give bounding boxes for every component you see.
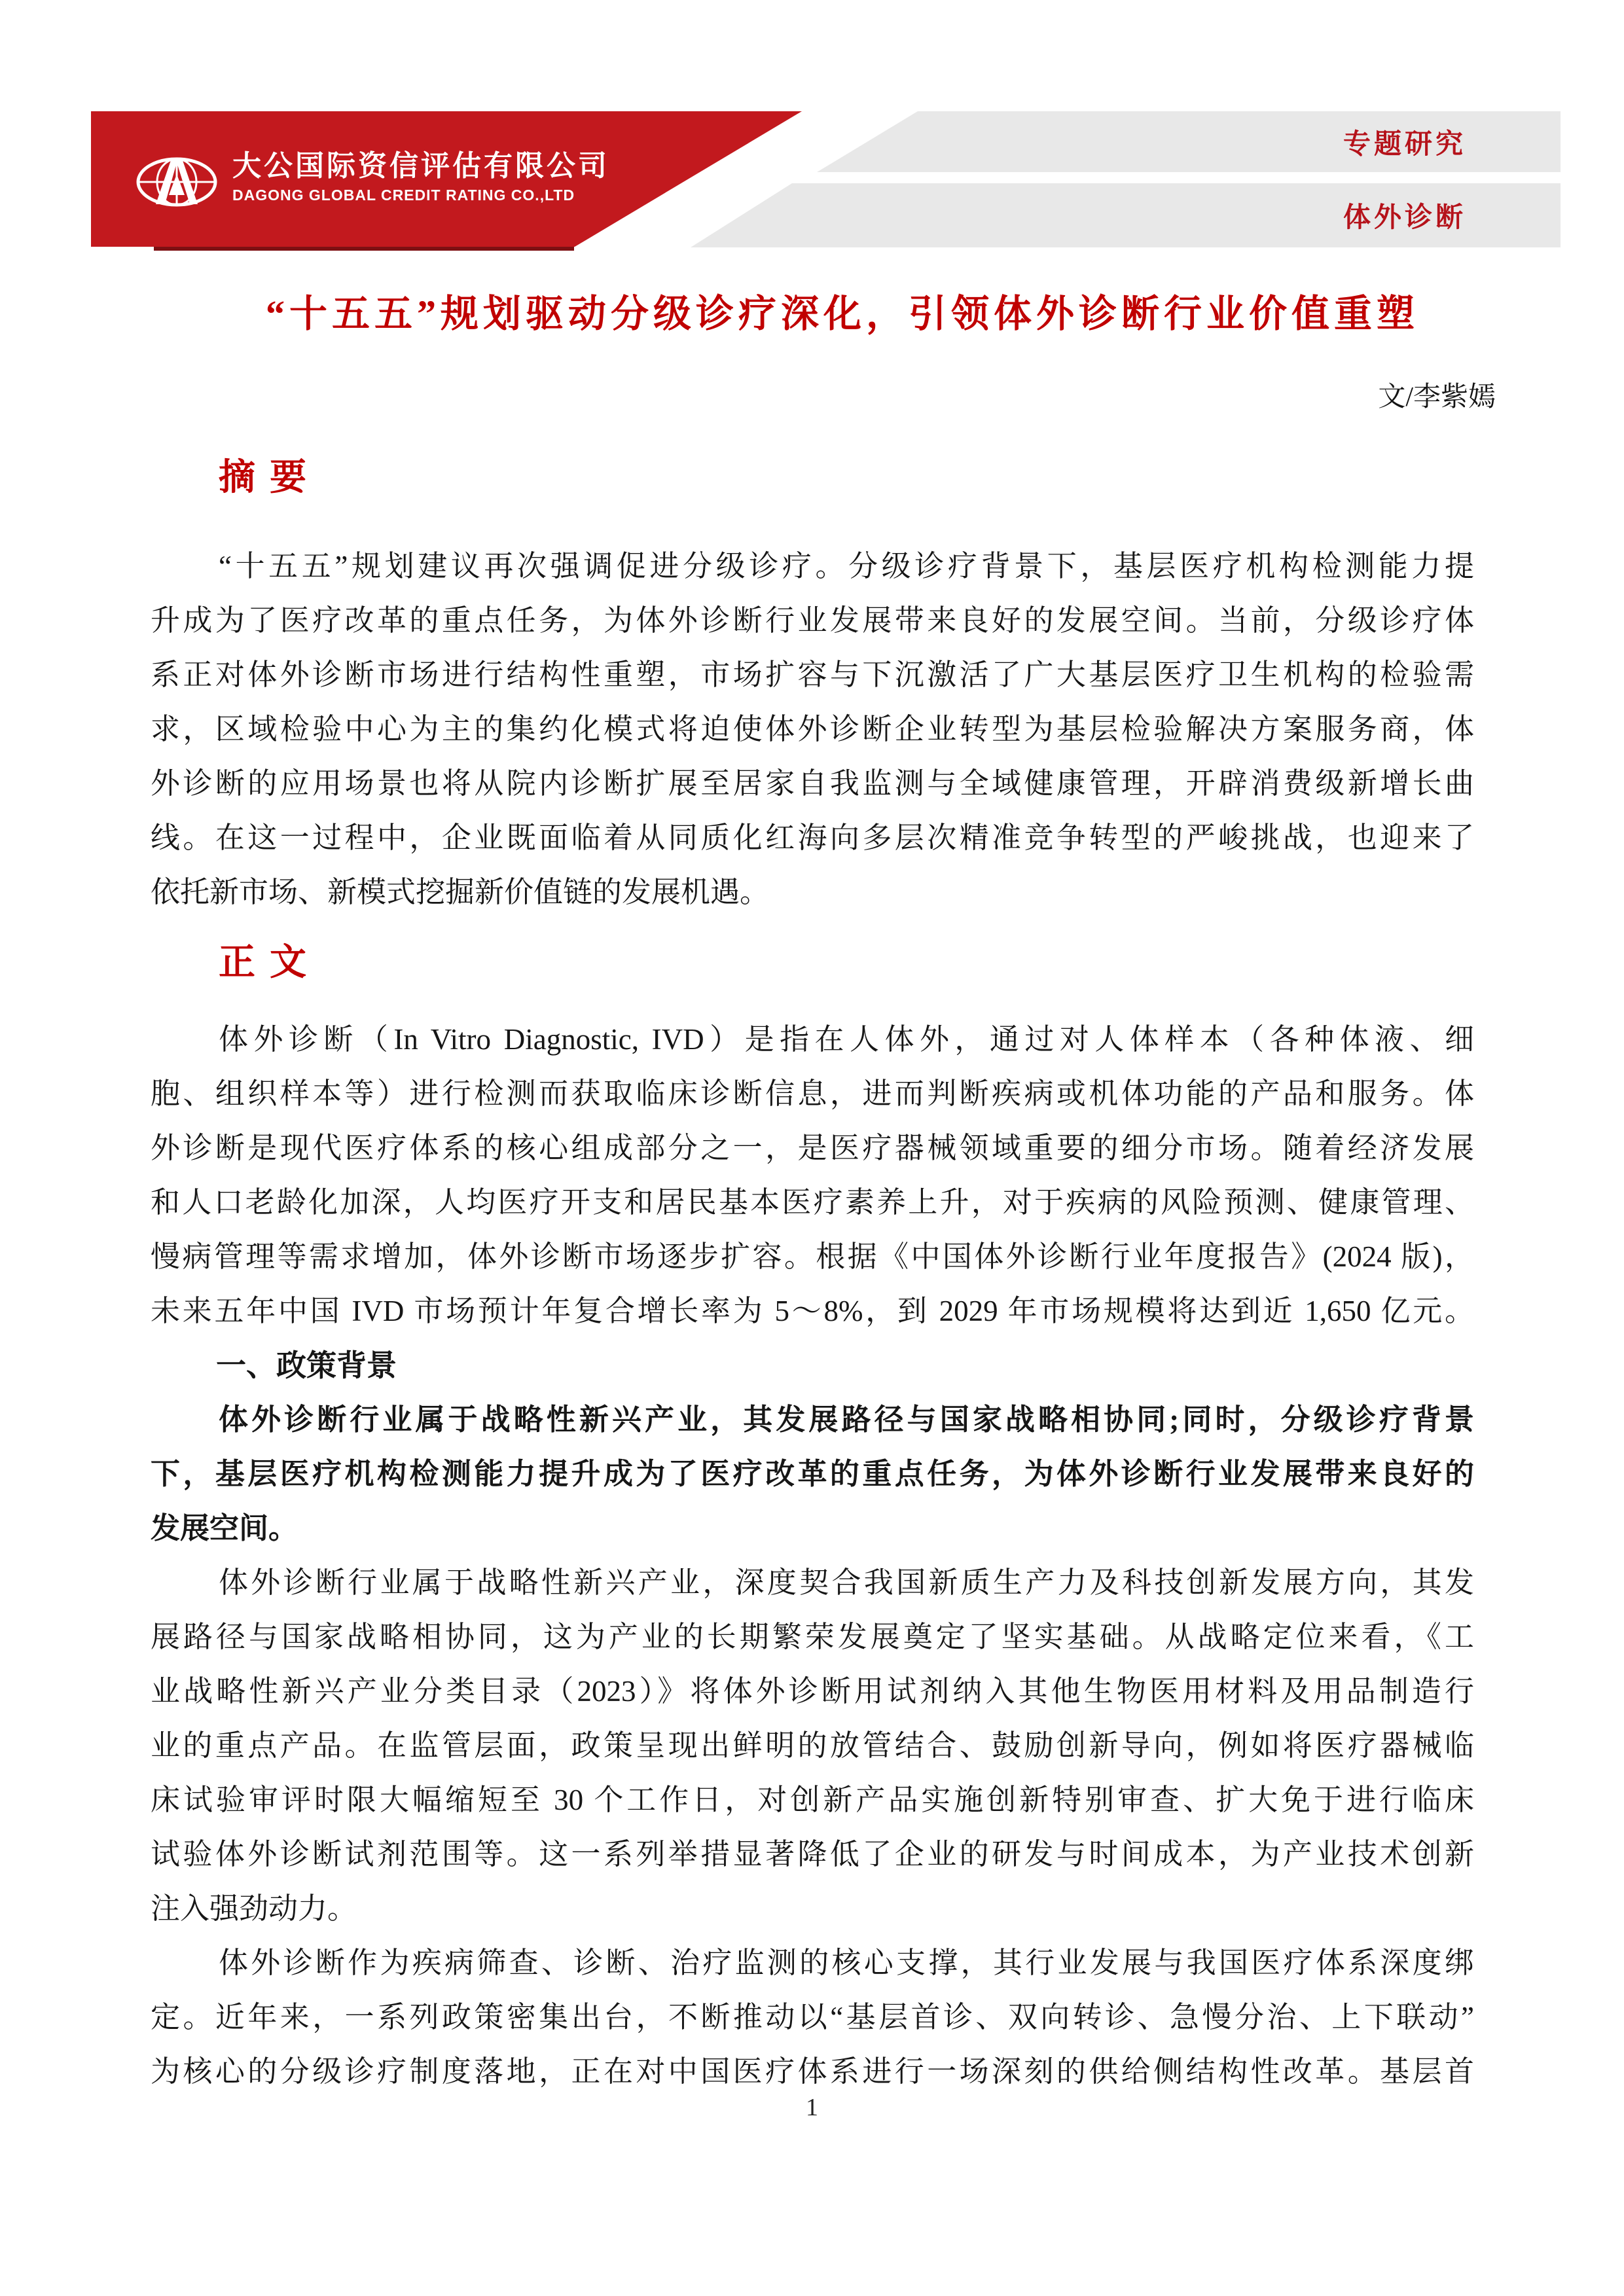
document-page: { "colors": { "brand_red": "#C2191E", "b… [0, 0, 1624, 2296]
company-name-en: DAGONG GLOBAL CREDIT RATING CO.,LTD [232, 186, 730, 204]
text-line: 慢病管理等需求增加，体外诊断市场逐步扩容。根据《中国体外诊断行业年度报告》(20… [151, 1230, 1474, 1284]
text-line: 外诊断是现代医疗体系的核心组成部分之一，是医疗器械领域重要的细分市场。随着经济发… [151, 1121, 1474, 1175]
abstract-heading: 摘要 [219, 456, 321, 498]
text-line: 为核心的分级诊疗制度落地，正在对中国医疗体系进行一场深刻的供给侧结构性改革。基层… [151, 2045, 1474, 2099]
report-type-tag: 专题研究 [1343, 122, 1466, 162]
text-line: “十五五”规划建议再次强调促进分级诊疗。分级诊疗背景下，基层医疗机构检测能力提 [151, 539, 1474, 594]
text-line: 注入强劲动力。 [151, 1882, 1474, 1936]
industry-band: 体外诊断 [691, 183, 1561, 247]
text-line: 定。近年来，一系列政策密集出台，不断推动以“基层首诊、双向转诊、急慢分治、上下联… [151, 1990, 1474, 2045]
text-line: 业战略性新兴产业分类目录（2023）》将体外诊断用试剂纳入其他生物医用材料及用品… [151, 1664, 1474, 1719]
industry-tag: 体外诊断 [1343, 196, 1466, 235]
text-line: 体外诊断行业属于战略性新兴产业，其发展路径与国家战略相协同;同时，分级诊疗背景 [151, 1393, 1474, 1447]
text-line: 求，区域检验中心为主的集约化模式将迫使体外诊断企业转型为基层检验解决方案服务商，… [151, 702, 1474, 757]
dagong-globe-logo [136, 157, 217, 207]
banner-shadow-strip [154, 247, 574, 251]
text-line: 外诊断的应用场景也将从院内诊断扩展至居家自我监测与全域健康管理，开辟消费级新增长… [151, 757, 1474, 811]
body-heading: 正文 [219, 941, 321, 983]
text-line: 和人口老龄化加深，人均医疗开支和居民基本医疗素养上升，对于疾病的风险预测、健康管… [151, 1175, 1474, 1230]
text-line: 未来五年中国 IVD 市场预计年复合增长率为 5～8%，到 2029 年市场规模… [151, 1284, 1474, 1338]
text-line: 体外诊断（In Vitro Diagnostic, IVD）是指在人体外，通过对… [151, 1013, 1474, 1067]
article-byline: 文/李紫嫣 [151, 380, 1496, 416]
abstract-paragraph: “十五五”规划建议再次强调促进分级诊疗。分级诊疗背景下，基层医疗机构检测能力提升… [151, 539, 1474, 920]
brand-banner: 大公国际资信评估有限公司 DAGONG GLOBAL CREDIT RATING… [91, 111, 802, 247]
text-line: 体外诊断行业属于战略性新兴产业，深度契合我国新质生产力及科技创新发展方向，其发 [151, 1556, 1474, 1610]
section-subheading: 一、政策背景 [151, 1338, 1474, 1393]
company-name-cn: 大公国际资信评估有限公司 [232, 149, 730, 183]
text-line: 系正对体外诊断市场进行结构性重塑，市场扩容与下沉激活了广大基层医疗卫生机构的检验… [151, 648, 1474, 702]
text-line: 展路径与国家战略相协同，这为产业的长期繁荣发展奠定了坚实基础。从战略定位来看，《… [151, 1610, 1474, 1664]
text-line: 胞、组织样本等）进行检测而获取临床诊断信息，进而判断疾病或机体功能的产品和服务。… [151, 1067, 1474, 1121]
text-line: 床试验审评时限大幅缩短至 30 个工作日，对创新产品实施创新特别审查、扩大免于进… [151, 1773, 1474, 1827]
text-line: 业的重点产品。在监管层面，政策呈现出鲜明的放管结合、鼓励创新导向，例如将医疗器械… [151, 1719, 1474, 1773]
text-line: 升成为了医疗改革的重点任务，为体外诊断行业发展带来良好的发展空间。当前，分级诊疗… [151, 594, 1474, 648]
text-line: 试验体外诊断试剂范围等。这一系列举措显著降低了企业的研发与时间成本，为产业技术创… [151, 1827, 1474, 1882]
text-line: 线。在这一过程中，企业既面临着从同质化红海向多层次精准竞争转型的严峻挑战，也迎来… [151, 811, 1474, 865]
text-line: 发展空间。 [151, 1501, 1474, 1556]
text-line: 依托新市场、新模式挖掘新价值链的发展机遇。 [151, 865, 1474, 920]
body-paragraphs: 体外诊断（In Vitro Diagnostic, IVD）是指在人体外，通过对… [151, 1013, 1474, 2099]
report-type-band: 专题研究 [817, 111, 1561, 172]
text-line: 体外诊断作为疾病筛查、诊断、治疗监测的核心支撑，其行业发展与我国医疗体系深度绑 [151, 1936, 1474, 1990]
article-title: “十五五”规划驱动分级诊疗深化，引领体外诊断行业价值重塑 [266, 283, 1419, 346]
page-number: 1 [0, 2092, 1624, 2123]
text-line: 下，基层医疗机构检测能力提升成为了医疗改革的重点任务，为体外诊断行业发展带来良好… [151, 1447, 1474, 1501]
